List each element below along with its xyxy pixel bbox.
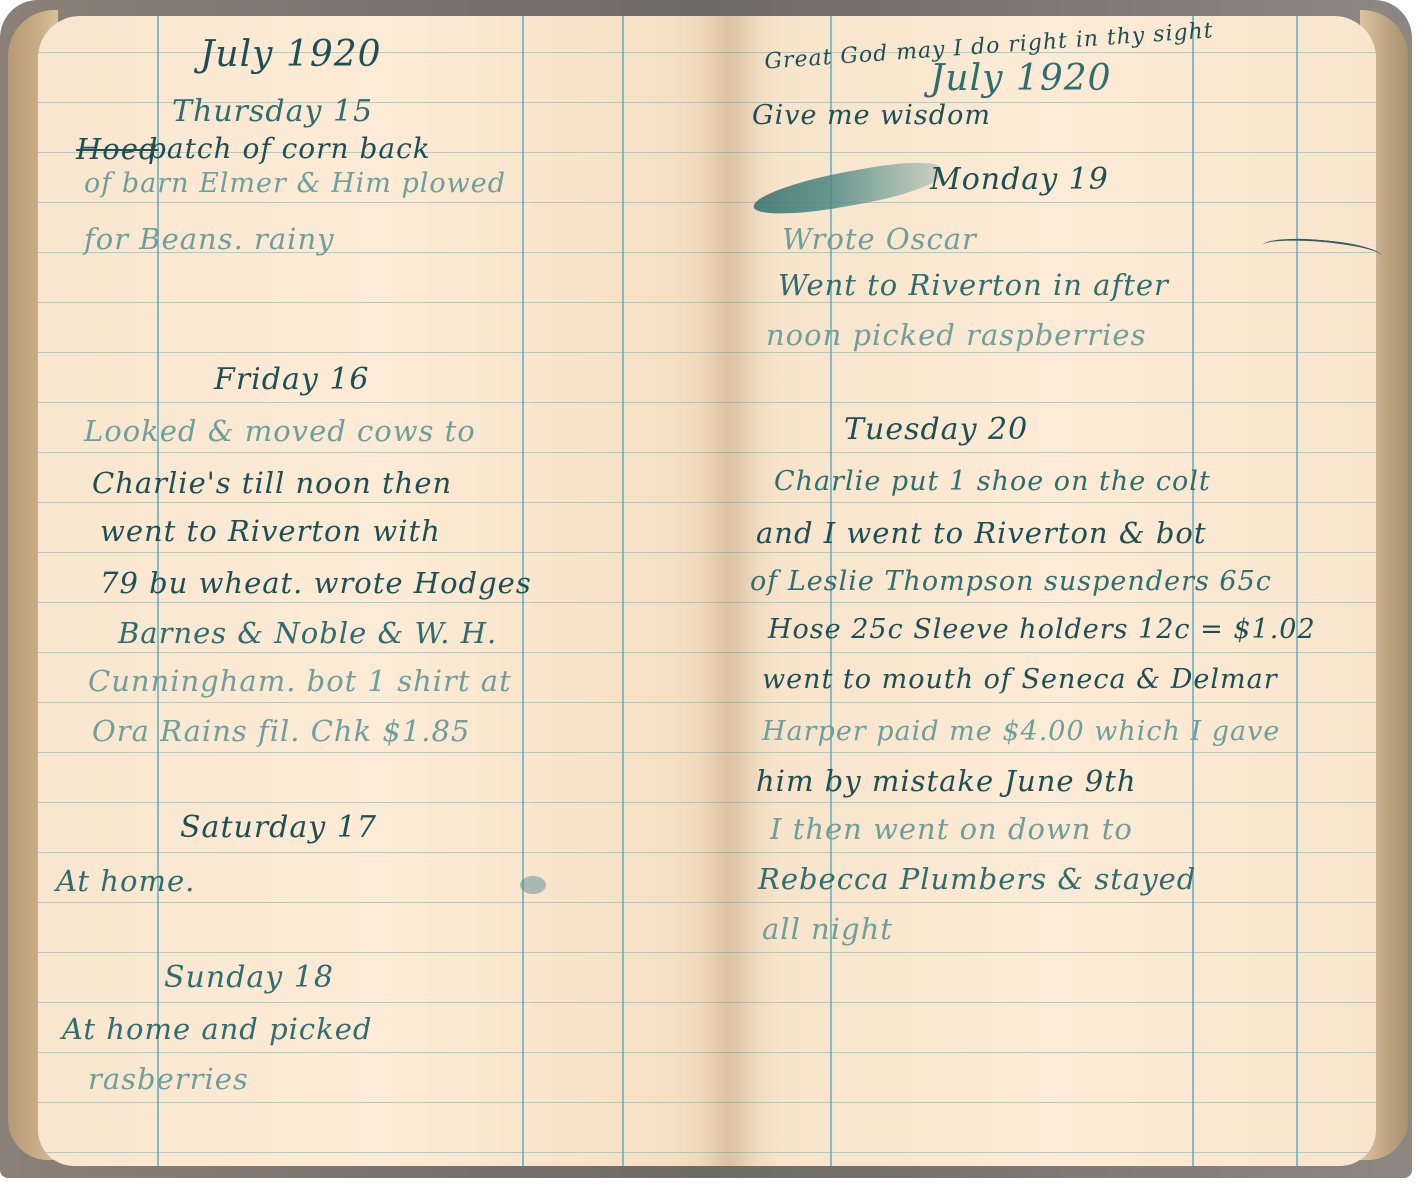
ruling-line: [38, 652, 728, 653]
entry-line: him by mistake June 9th: [756, 764, 1137, 798]
entry-line: all night: [762, 912, 893, 946]
ruling-line: [728, 152, 1376, 153]
entry-line: At home.: [56, 864, 195, 898]
prayer-line-2: Give me wisdom: [752, 100, 991, 131]
entry-line: Barnes & Noble & W. H.: [118, 616, 497, 650]
ruling-line: [38, 102, 728, 103]
ruling-line: [38, 852, 728, 853]
ruling-line: [728, 302, 1376, 303]
ruling-line: [38, 752, 728, 753]
ruling-line: [728, 352, 1376, 353]
day-heading-sunday: Sunday 18: [164, 960, 334, 995]
ruling-line: [728, 1152, 1376, 1153]
entry-line: Looked & moved cows to: [84, 414, 476, 448]
ruling-line: [38, 352, 728, 353]
ruling-line: [728, 702, 1376, 703]
ruling-line: [728, 402, 1376, 403]
ruling-line: [38, 502, 728, 503]
entry-line: 79 bu wheat. wrote Hodges: [100, 566, 532, 600]
entry-line: rasberries: [88, 1062, 249, 1096]
entry-line: for Beans. rainy: [84, 222, 335, 256]
ruling-line: [728, 552, 1376, 553]
entry-line: Wrote Oscar: [782, 222, 977, 256]
entry-line: went to Riverton with: [100, 514, 441, 548]
column-line: [622, 16, 624, 1166]
day-heading-tuesday: Tuesday 20: [844, 412, 1028, 447]
day-heading-thursday: Thursday 15: [172, 94, 373, 129]
ruling-line: [728, 852, 1376, 853]
ruling-line: [728, 752, 1376, 753]
ruling-line: [38, 952, 728, 953]
entry-line: went to mouth of Seneca & Delmar: [762, 664, 1278, 695]
entry-line: Rebecca Plumbers & stayed: [758, 862, 1196, 896]
entry-line: Charlie put 1 shoe on the colt: [774, 466, 1211, 497]
day-heading-friday: Friday 16: [214, 362, 370, 397]
entry-line: Cunningham. bot 1 shirt at: [88, 664, 512, 698]
ruling-line: [38, 302, 728, 303]
ruling-line: [728, 1002, 1376, 1003]
ruling-line: [728, 952, 1376, 953]
ruling-line: [38, 1052, 728, 1053]
entry-line: of Leslie Thompson suspenders 65c: [750, 566, 1272, 597]
entry-line: patch of corn back: [148, 132, 431, 165]
ruling-line: [38, 902, 728, 903]
ruling-line: [38, 452, 728, 453]
entry-line: and I went to Riverton & bot: [756, 516, 1207, 550]
ruling-line: [728, 902, 1376, 903]
ruling-line: [38, 552, 728, 553]
month-heading-left: July 1920: [200, 34, 382, 75]
day-heading-monday: Monday 19: [930, 162, 1109, 197]
ruling-line: [38, 202, 728, 203]
entry-line: Hoed: [76, 132, 158, 166]
ruling-line: [38, 702, 728, 703]
entry-line: I then went on down to: [770, 812, 1133, 846]
ruling-line: [728, 1102, 1376, 1103]
entry-line: of barn Elmer & Him plowed: [84, 168, 506, 199]
ruling-line: [38, 1002, 728, 1003]
ink-blot: [520, 876, 546, 894]
ruling-line: [38, 1152, 728, 1153]
entry-line: noon picked raspberries: [766, 318, 1146, 352]
entry-line: Went to Riverton in after: [778, 268, 1169, 302]
ruling-line: [728, 452, 1376, 453]
entry-line: At home and picked: [62, 1012, 372, 1046]
month-heading-right: July 1920: [930, 58, 1112, 99]
ruling-line: [38, 1102, 728, 1103]
day-heading-saturday: Saturday 17: [180, 810, 377, 845]
entry-line: Hose 25c Sleeve holders 12c = $1.02: [768, 614, 1316, 645]
column-line: [1296, 16, 1298, 1166]
ruling-line: [728, 502, 1376, 503]
ruling-line: [728, 1052, 1376, 1053]
ruling-line: [38, 802, 728, 803]
ruling-line: [38, 52, 728, 53]
entry-line: Harper paid me $4.00 which I gave: [762, 716, 1280, 747]
struck-word: Hoed: [76, 132, 158, 166]
ruling-line: [38, 602, 728, 603]
ruling-line: [728, 802, 1376, 803]
ruling-line: [728, 652, 1376, 653]
entry-line: Ora Rains fil. Chk $1.85: [92, 714, 470, 748]
ruling-line: [38, 402, 728, 403]
ruling-line: [728, 602, 1376, 603]
entry-line: Charlie's till noon then: [92, 466, 452, 500]
